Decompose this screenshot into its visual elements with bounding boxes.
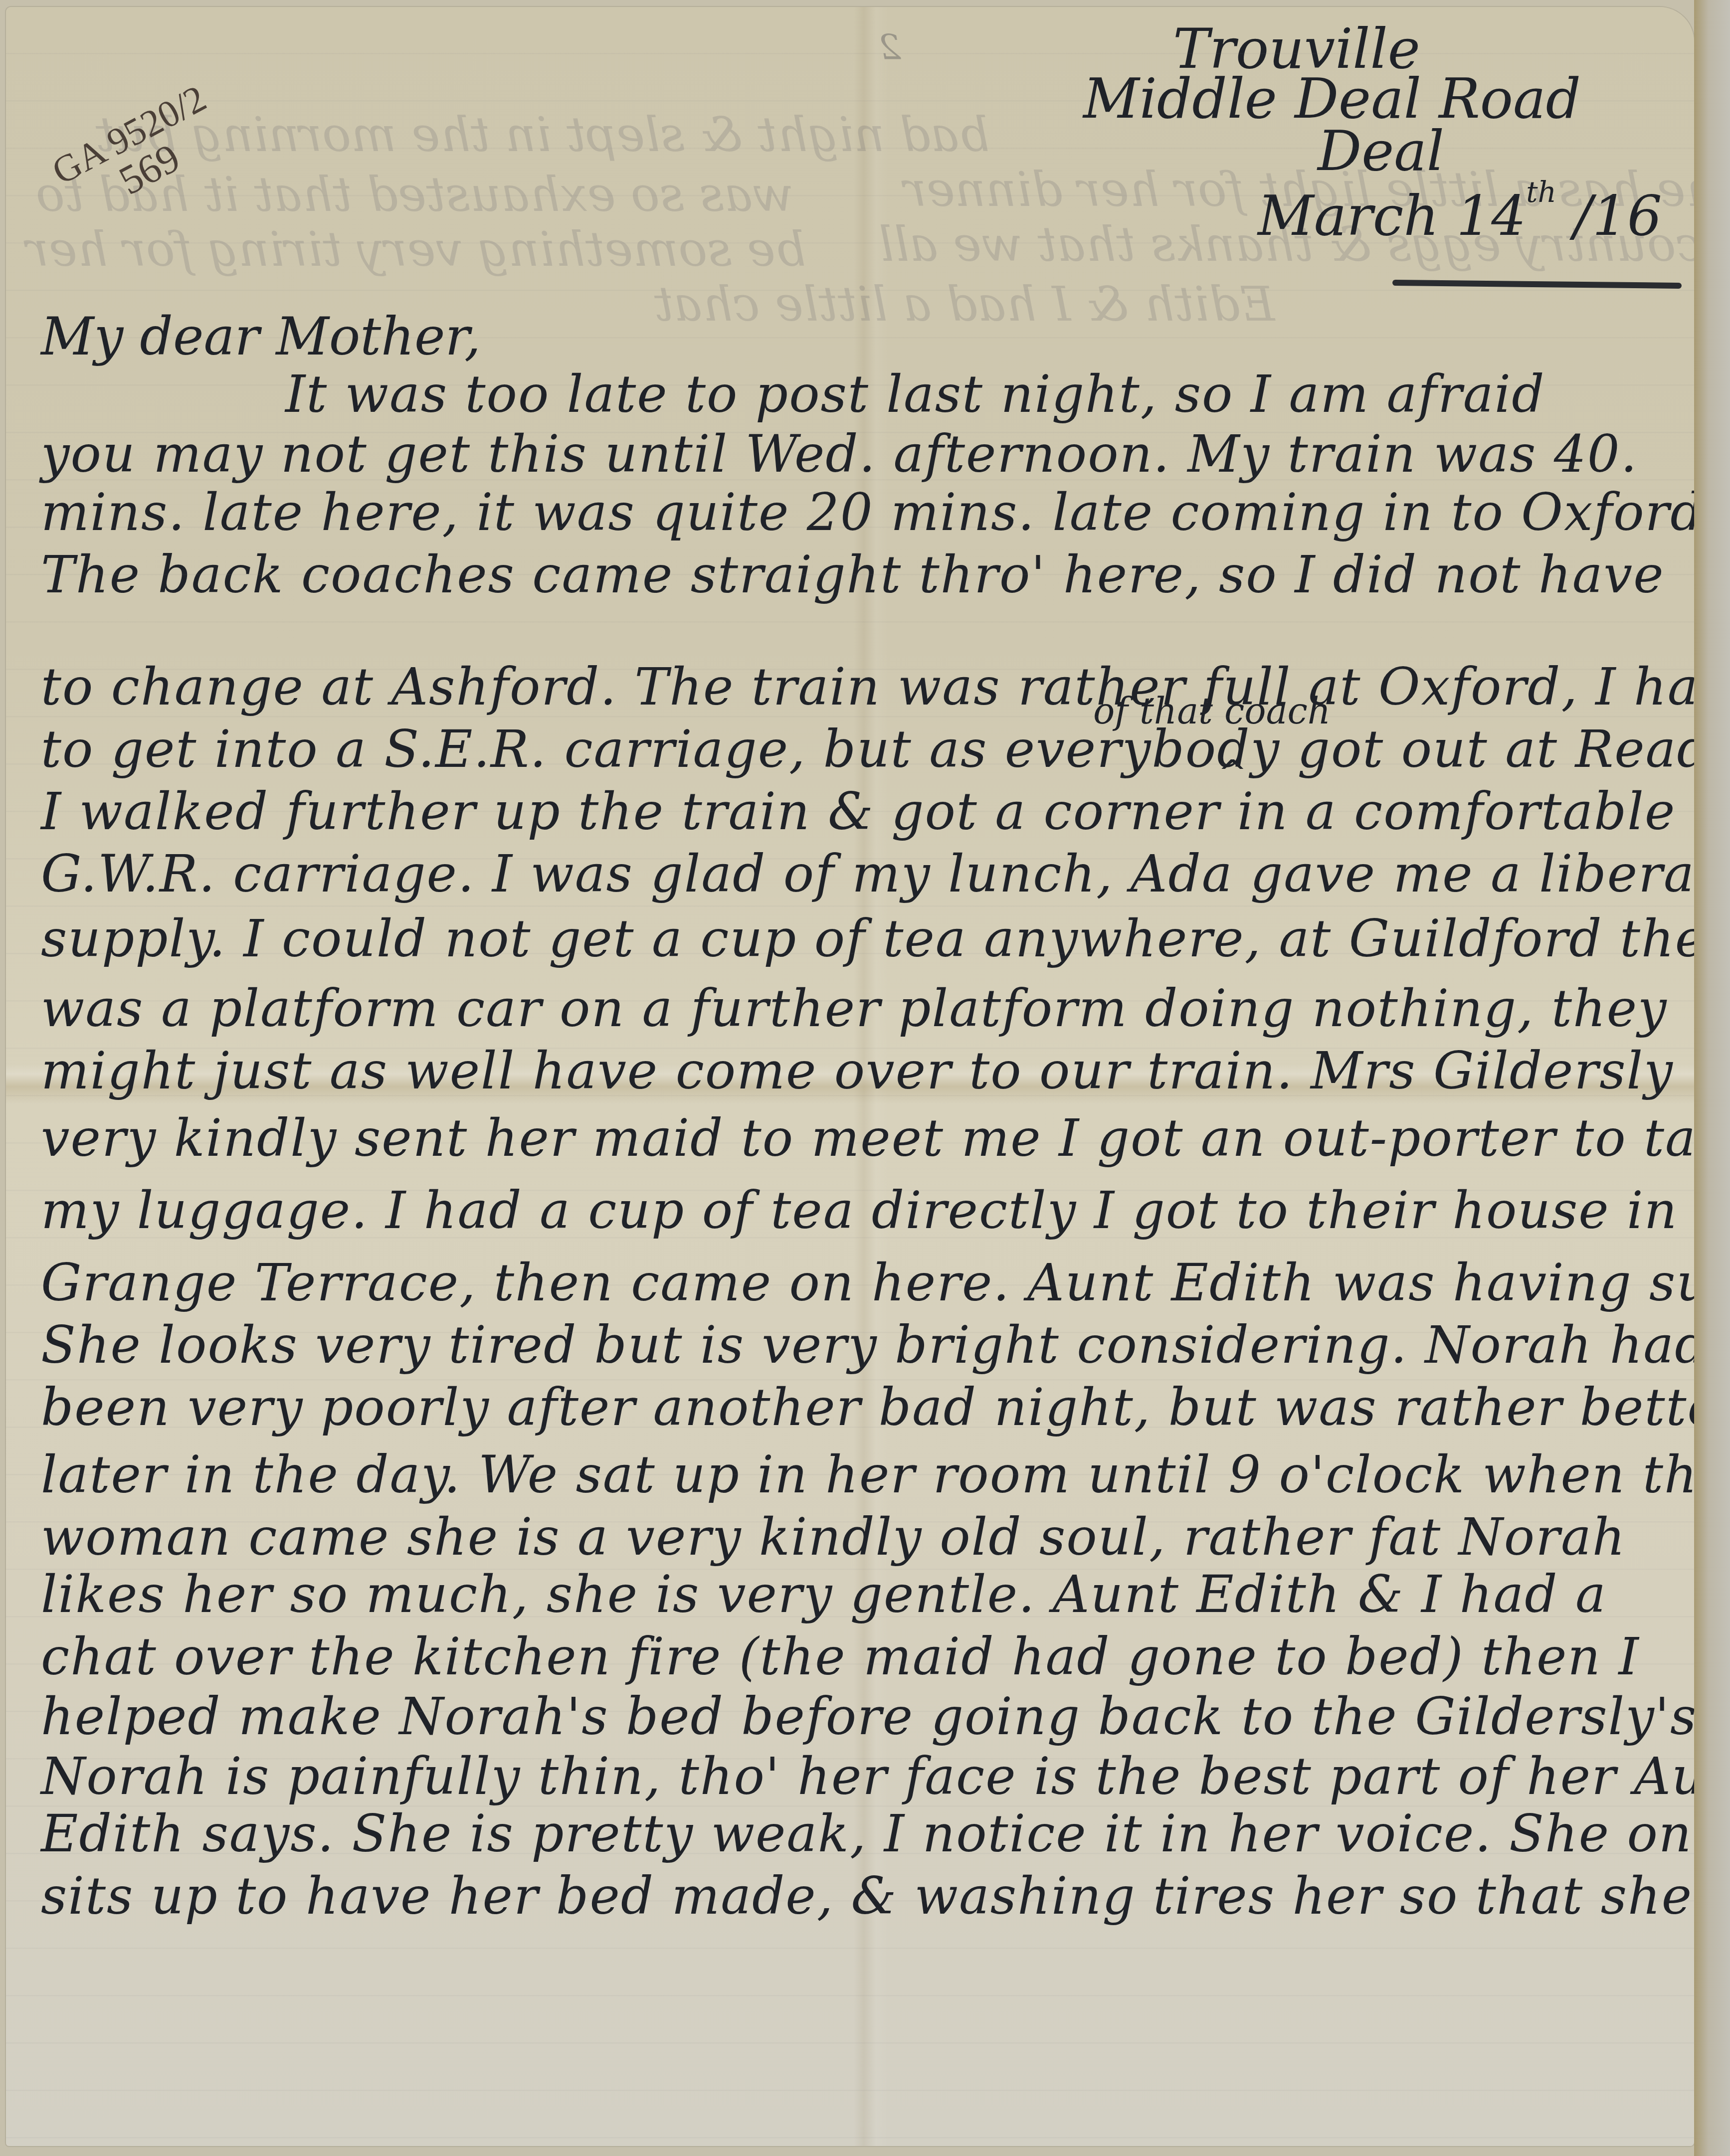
body-line: I walked further up the train & got a co… <box>41 782 1676 842</box>
show-through-line: bad night & slept in the morning but <box>96 107 990 163</box>
letter-date: March 14th /16 <box>1258 184 1662 248</box>
date-suffix: th <box>1526 175 1556 209</box>
body-line: She looks very tired but is very bright … <box>41 1316 1708 1375</box>
body-line: likes her so much, she is very gentle. A… <box>41 1565 1607 1624</box>
body-line: woman came she is a very kindly old soul… <box>41 1508 1626 1567</box>
body-line: you may not get this until Wed. afternoo… <box>41 425 1638 484</box>
salutation: My dear Mother, <box>41 306 481 367</box>
body-line: might just as well have come over to our… <box>41 1042 1674 1101</box>
body-line: supply. I could not get a cup of tea any… <box>41 909 1730 969</box>
body-line: to get into a S.E.R. carriage, but as ev… <box>41 720 1730 779</box>
body-line: been very poorly after another bad night… <box>41 1378 1730 1437</box>
body-line: Grange Terrace, then came on here. Aunt … <box>41 1254 1730 1313</box>
date-year: /16 <box>1574 184 1662 248</box>
show-through-line: Edith & I had a little chat <box>654 276 1275 332</box>
body-line: very kindly sent her maid to meet me I g… <box>41 1109 1730 1168</box>
letter-scan: bad night & slept in the morning but was… <box>0 0 1730 2156</box>
body-line: was a platform car on a further platform… <box>41 979 1668 1039</box>
paper-edge-background <box>1694 0 1730 2156</box>
body-line: Edith says. She is pretty weak, I notice… <box>41 1804 1730 1864</box>
address-town: Deal <box>1318 119 1444 183</box>
date-month-day: March 14 <box>1258 184 1526 248</box>
date-underline <box>1392 280 1682 289</box>
body-line: It was too late to post last night, so I… <box>285 365 1545 424</box>
reverse-page-number: 2 <box>879 27 901 68</box>
body-line: helped make Norah's bed before going bac… <box>41 1687 1715 1747</box>
body-line: mins. late here, it was quite 20 mins. l… <box>41 483 1721 542</box>
body-line: sits up to have her bed made, & washing … <box>41 1867 1693 1926</box>
letter-paper: bad night & slept in the morning but was… <box>6 7 1694 2146</box>
body-line: G.W.R. carriage. I was glad of my lunch,… <box>41 845 1712 904</box>
body-line: later in the day. We sat up in her room … <box>41 1445 1729 1505</box>
show-through-line: be something very tiring for her <box>26 221 806 277</box>
body-line: Norah is painfully thin, tho' her face i… <box>41 1747 1730 1806</box>
body-line: my luggage. I had a cup of tea directly … <box>41 1181 1678 1241</box>
body-line: chat over the kitchen fire (the maid had… <box>41 1627 1640 1687</box>
body-line: The back coaches came straight thro' her… <box>41 545 1665 605</box>
body-line: to change at Ashford. The train was rath… <box>41 658 1730 717</box>
